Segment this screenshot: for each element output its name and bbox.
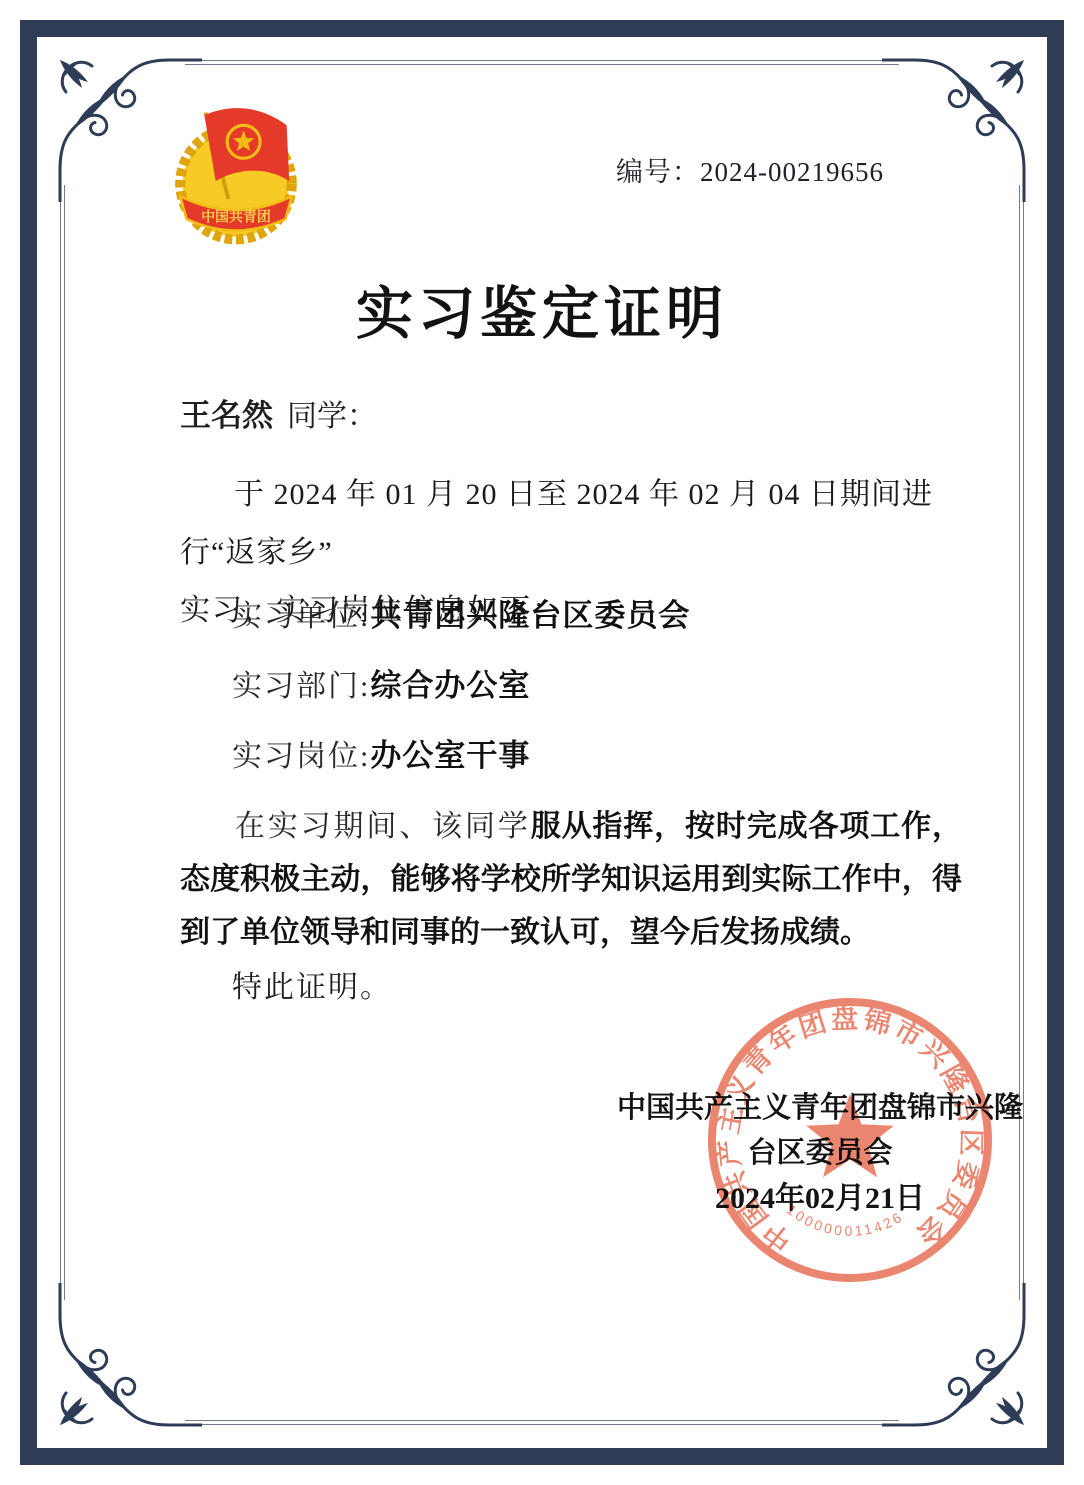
field-value: 综合办公室 xyxy=(370,668,530,703)
inner-frame-top-line xyxy=(185,60,899,65)
closing-line: 特此证明。 xyxy=(232,962,392,1006)
evaluation-paragraph: 在实习期间、该同学服从指挥，按时完成各项工作，态度积极主动，能够将学校所学知识运… xyxy=(180,800,962,959)
corner-flourish-icon xyxy=(882,52,1032,202)
certificate-title: 实习鉴定证明 xyxy=(0,268,1084,350)
signature-org-line-1: 中国共产主义青年团盘锦市兴隆 xyxy=(600,1086,1040,1131)
salutation: 王名然同学： xyxy=(180,390,377,435)
inner-frame-bottom-line xyxy=(185,1420,899,1425)
emblem-banner-text: 中国共青团 xyxy=(201,209,271,225)
recipient-name: 王名然 xyxy=(180,398,273,433)
field-row-position: 实习岗位:办公室干事 xyxy=(232,736,690,806)
field-label: 实习岗位: xyxy=(232,740,370,773)
field-label: 实习单位: xyxy=(232,600,370,633)
internship-fields: 实习单位:共青团兴隆台区委员会 实习部门:综合办公室 实习岗位:办公室干事 xyxy=(232,596,690,806)
field-row-unit: 实习单位:共青团兴隆台区委员会 xyxy=(232,596,690,666)
serial-number: 编号：2024-00219656 xyxy=(616,150,884,189)
signature-org-line-2: 台区委员会 xyxy=(600,1131,1040,1176)
corner-flourish-icon xyxy=(52,1283,202,1433)
field-value: 共青团兴隆台区委员会 xyxy=(370,598,690,633)
field-label: 实习部门: xyxy=(232,670,370,703)
evaluation-lead: 在实习期间、该同学 xyxy=(234,810,531,843)
communist-youth-league-emblem-icon: 中国共青团 xyxy=(160,100,312,252)
inner-frame-left-line xyxy=(60,185,65,1300)
certificate-page: 中国共青团 编号：2024-00219656 实习鉴定证明 王名然同学： 于 2… xyxy=(0,0,1084,1485)
intro-line-1: 于 2024 年 01 月 20 日至 2024 年 02 月 04 日期间进行… xyxy=(180,466,970,582)
signature-date: 2024年02月21日 xyxy=(600,1176,1040,1221)
field-value: 办公室干事 xyxy=(370,738,530,773)
signature-block: 中国共产主义青年团盘锦市兴隆 台区委员会 2024年02月21日 xyxy=(600,1086,1040,1221)
corner-flourish-icon xyxy=(882,1283,1032,1433)
field-row-department: 实习部门:综合办公室 xyxy=(232,666,690,736)
recipient-suffix: 同学： xyxy=(287,400,377,433)
